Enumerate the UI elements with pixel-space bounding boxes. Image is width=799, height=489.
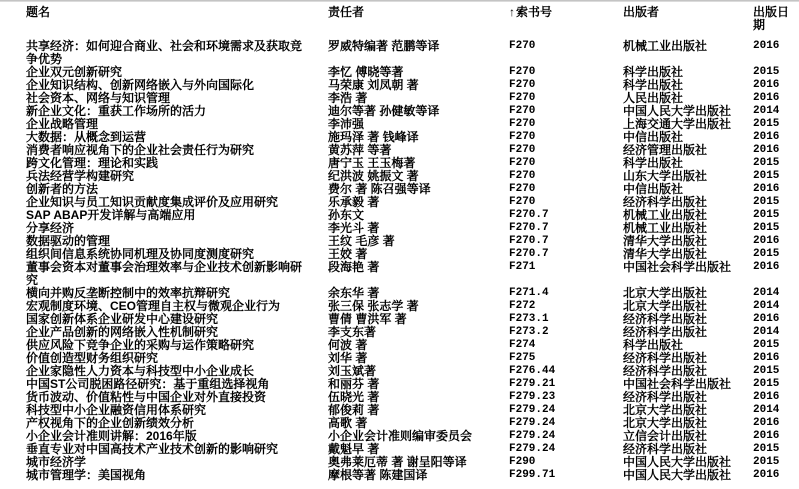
book-pub-date: 2015 <box>753 248 795 261</box>
book-table-body: 共享经济：如何迎合商业、社会和环境需求及获取竞争优势 罗威特编著 范鹏等译 F2… <box>26 40 799 482</box>
book-call-number: F279.24 <box>509 417 623 430</box>
book-pub-date: 2014 <box>753 300 795 313</box>
column-header-author[interactable]: 责任者 <box>328 6 498 19</box>
book-call-number: F279.24 <box>509 430 623 443</box>
book-call-number: F270.7 <box>509 235 623 248</box>
book-pub-date: 2015 <box>753 365 795 378</box>
table-row: 共享经济：如何迎合商业、社会和环境需求及获取竞争优势 罗威特编著 范鹏等译 F2… <box>26 40 799 66</box>
book-pub-date: 2015 <box>753 118 795 131</box>
book-pub-date: 2015 <box>753 456 795 469</box>
book-pub-date: 2016 <box>753 92 795 105</box>
book-publisher: 中国社会科学出版社 <box>623 261 753 274</box>
book-pub-date: 2016 <box>753 391 795 404</box>
book-call-number: F270.7 <box>509 222 623 235</box>
book-pub-date: 2014 <box>753 404 795 417</box>
book-call-number: F274 <box>509 339 623 352</box>
table-row: 城市管理学：美国视角 摩根等著 陈建国译 F299.71 中国人民大学出版社 2… <box>26 469 799 482</box>
book-call-number: F273.1 <box>509 313 623 326</box>
book-pub-date: 2016 <box>753 131 795 144</box>
book-pub-date: 2016 <box>753 79 795 92</box>
book-pub-date: 2016 <box>753 417 795 430</box>
book-pub-date: 2016 <box>753 40 795 53</box>
book-pub-date: 2016 <box>753 144 795 157</box>
table-header-row: 题名 责任者 ↑索书号 出版者 出版日期 <box>26 6 799 32</box>
book-call-number: F279.23 <box>509 391 623 404</box>
book-call-number: F270 <box>509 79 623 92</box>
book-pub-date: 2015 <box>753 196 795 209</box>
book-pub-date: 2015 <box>753 222 795 235</box>
book-call-number: F270.7 <box>509 209 623 222</box>
book-call-number: F279.24 <box>509 404 623 417</box>
book-call-number: F279.21 <box>509 378 623 391</box>
column-header-title[interactable]: 题名 <box>26 6 310 19</box>
book-call-number: F276.44 <box>509 365 623 378</box>
book-pub-date: 2016 <box>753 261 795 274</box>
book-call-number: F270 <box>509 105 623 118</box>
book-call-number: F270.7 <box>509 248 623 261</box>
book-pub-date: 2015 <box>753 443 795 456</box>
book-pub-date: 2016 <box>753 235 795 248</box>
book-pub-date: 2016 <box>753 183 795 196</box>
book-title: 城市管理学：美国视角 <box>26 469 310 482</box>
sort-ascending-icon: ↑ <box>509 6 515 19</box>
book-call-number: F270 <box>509 131 623 144</box>
column-header-call-number-label: 索书号 <box>516 5 552 19</box>
table-row: 董事会资本对董事会治理效率与企业技术创新影响研究 段海艳 著 F271 中国社会… <box>26 261 799 287</box>
book-publisher: 中国人民大学出版社 <box>623 469 753 482</box>
book-call-number: F271 <box>509 261 623 274</box>
book-pub-date: 2015 <box>753 157 795 170</box>
book-author: 段海艳 著 <box>328 261 498 274</box>
book-pub-date: 2015 <box>753 378 795 391</box>
book-call-number: F271.4 <box>509 287 623 300</box>
book-pub-date: 2015 <box>753 339 795 352</box>
book-pub-date: 2016 <box>753 430 795 443</box>
book-pub-date: 2015 <box>753 209 795 222</box>
book-call-number: F270 <box>509 170 623 183</box>
book-call-number: F299.71 <box>509 469 623 482</box>
book-call-number: F270 <box>509 157 623 170</box>
book-call-number: F275 <box>509 352 623 365</box>
book-pub-date: 2015 <box>753 170 795 183</box>
book-pub-date: 2016 <box>753 313 795 326</box>
book-call-number: F270 <box>509 144 623 157</box>
book-pub-date: 2016 <box>753 469 795 482</box>
book-pub-date: 2016 <box>753 352 795 365</box>
book-author: 罗威特编著 范鹏等译 <box>328 40 498 53</box>
book-call-number: F270 <box>509 92 623 105</box>
book-call-number: F270 <box>509 118 623 131</box>
book-publisher: 机械工业出版社 <box>623 40 753 53</box>
book-pub-date: 2014 <box>753 326 795 339</box>
book-call-number: F270 <box>509 183 623 196</box>
book-call-number: F270 <box>509 196 623 209</box>
column-header-pub-date[interactable]: 出版日期 <box>753 6 795 32</box>
book-call-number: F279.24 <box>509 443 623 456</box>
catalog-results-table: 题名 责任者 ↑索书号 出版者 出版日期 共享经济：如何迎合商业、社会和环境需求… <box>0 2 799 482</box>
book-call-number: F270 <box>509 40 623 53</box>
book-call-number: F272 <box>509 300 623 313</box>
book-call-number: F273.2 <box>509 326 623 339</box>
book-pub-date: 2014 <box>753 287 795 300</box>
column-header-call-number[interactable]: ↑索书号 <box>509 6 623 19</box>
book-title: 董事会资本对董事会治理效率与企业技术创新影响研究 <box>26 261 310 287</box>
book-call-number: F290 <box>509 456 623 469</box>
column-header-publisher[interactable]: 出版者 <box>623 6 753 19</box>
book-call-number: F270 <box>509 66 623 79</box>
book-pub-date: 2014 <box>753 105 795 118</box>
book-pub-date: 2015 <box>753 66 795 79</box>
book-author: 摩根等著 陈建国译 <box>328 469 498 482</box>
book-title: 共享经济：如何迎合商业、社会和环境需求及获取竞争优势 <box>26 40 310 66</box>
